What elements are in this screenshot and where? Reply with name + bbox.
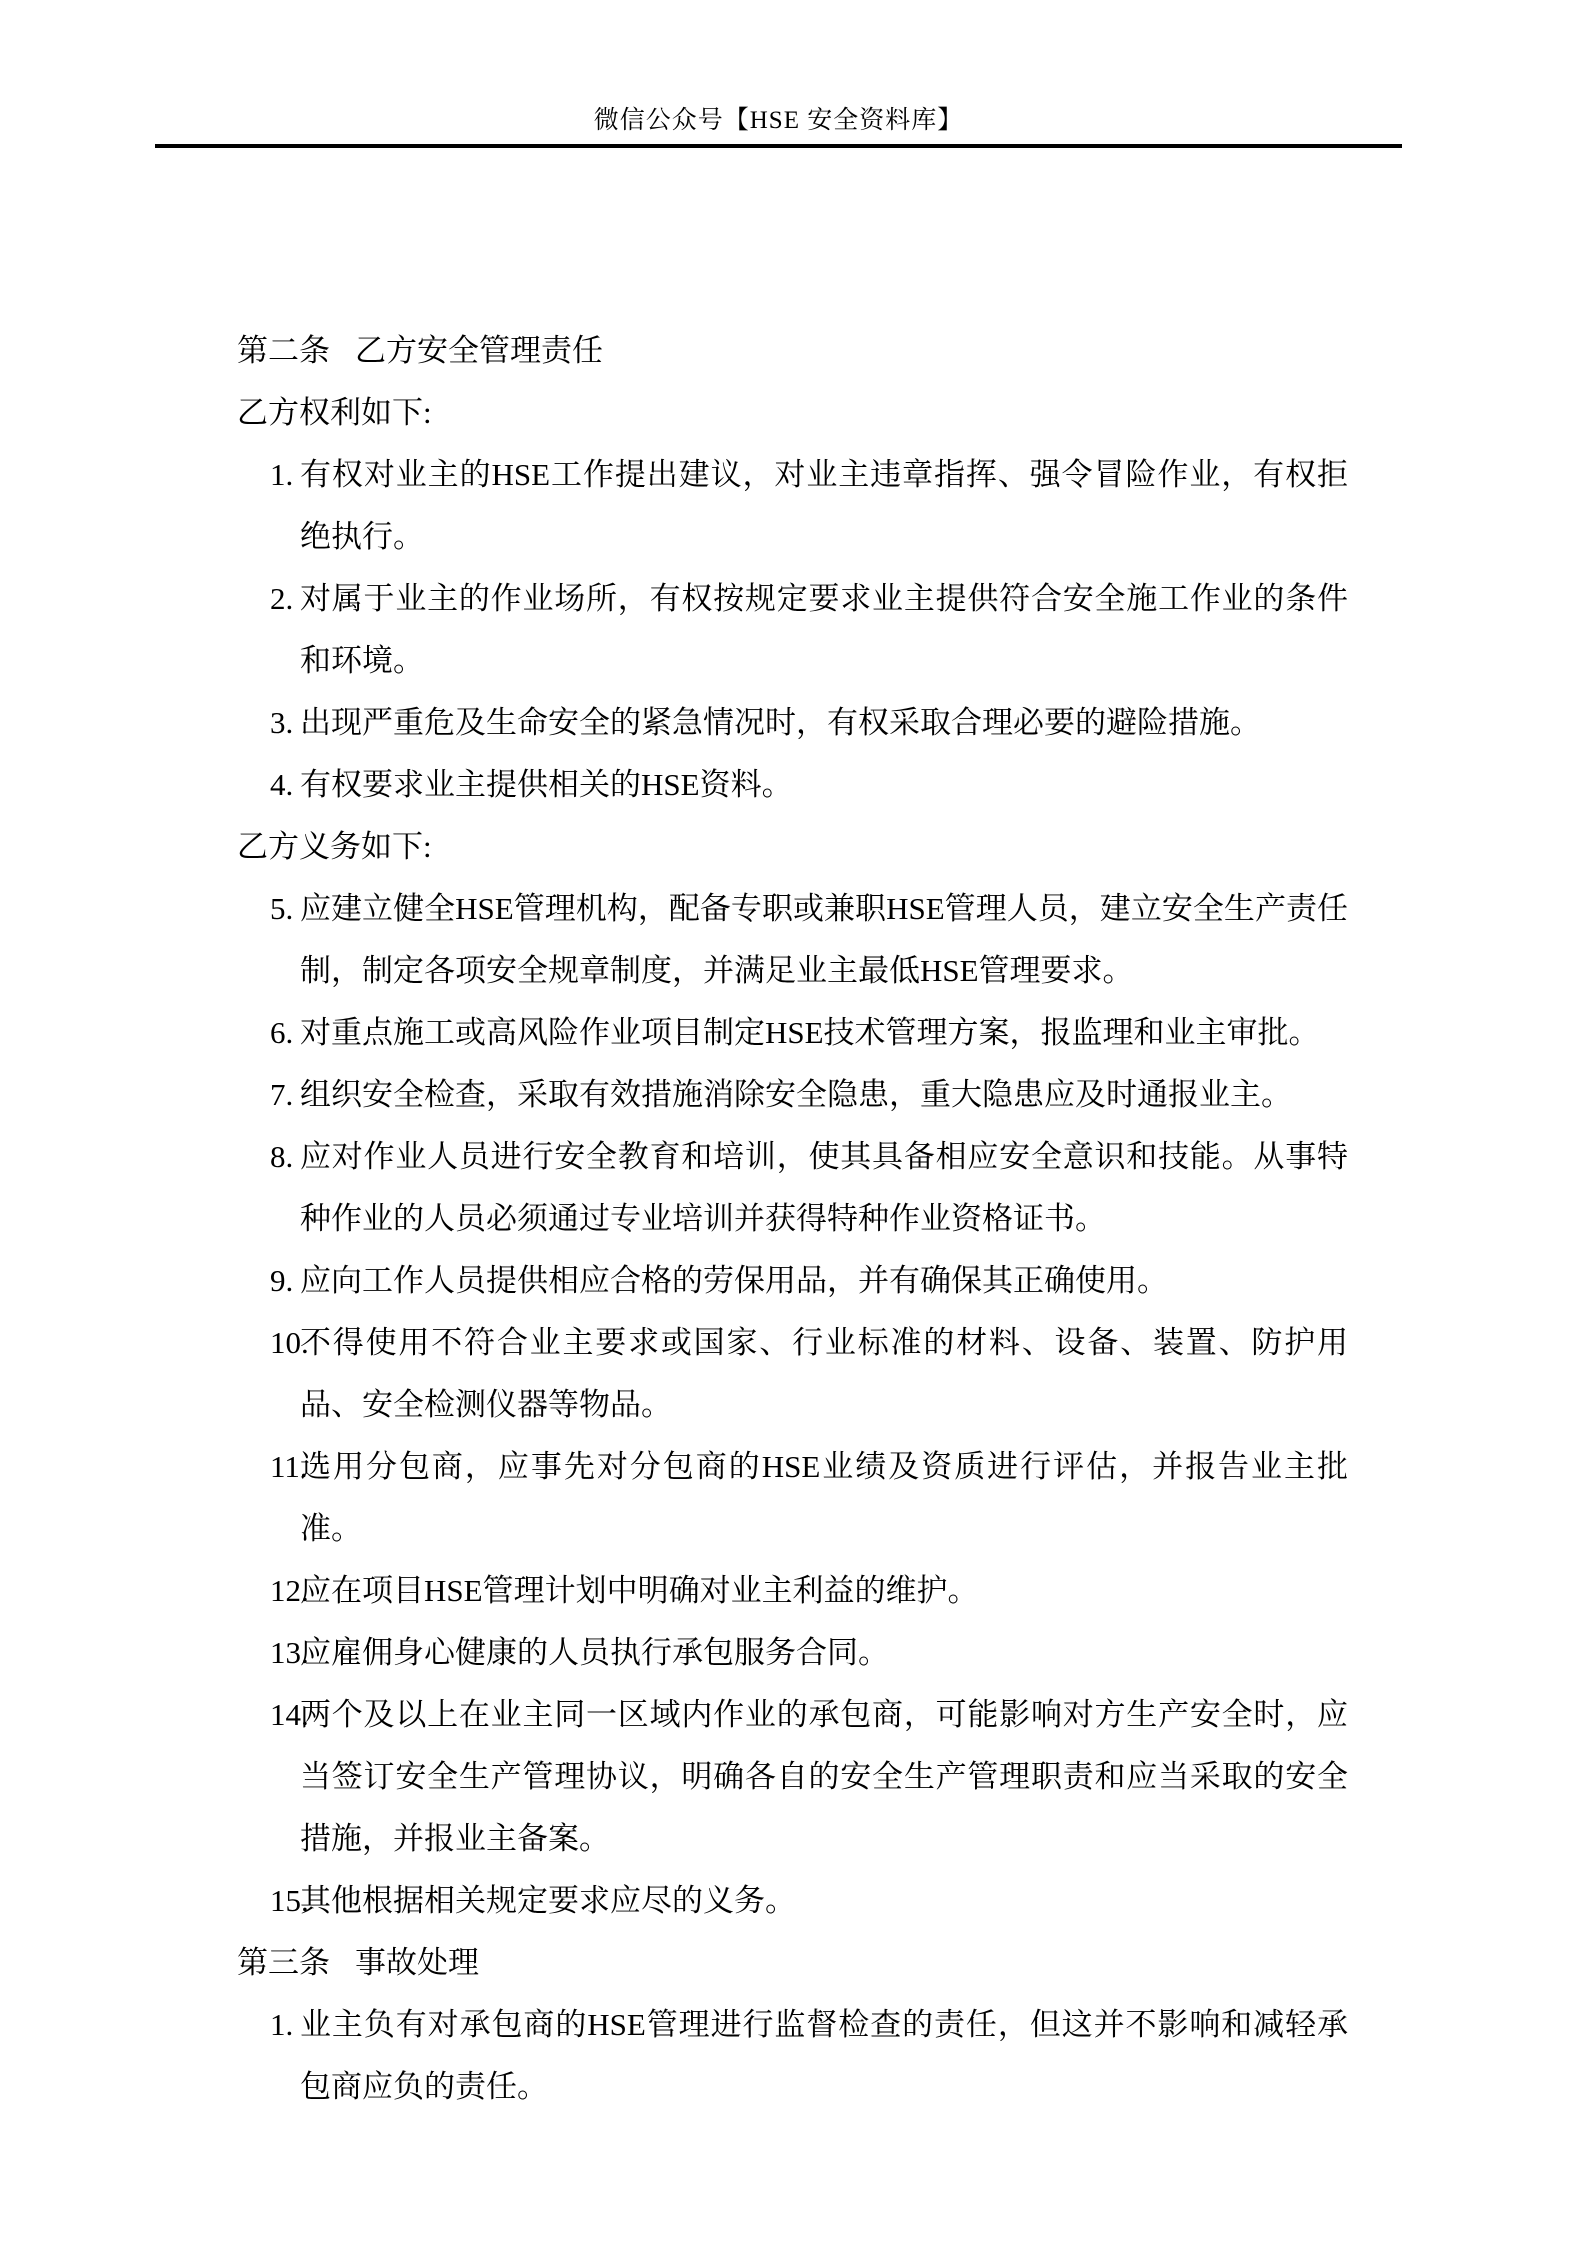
list-item: 2. 对属于业主的作业场所，有权按规定要求业主提供符合安全施工作业的条件和环境。	[237, 568, 1348, 692]
item-number: 8.	[270, 1126, 293, 1188]
section-3-title: 事故处理	[355, 1945, 479, 1980]
item-number: 2.	[270, 568, 293, 630]
item-text: 不得使用不符合业主要求或国家、行业标准的材料、设备、装置、防护用品、安全检测仪器…	[300, 1325, 1348, 1422]
list-item: 12. 应在项目HSE管理计划中明确对业主利益的维护。	[237, 1560, 1348, 1622]
item-number: 15.	[270, 1870, 309, 1932]
document-page: 微信公众号【HSE 安全资料库】 第二条乙方安全管理责任 乙方权利如下: 1. …	[0, 0, 1587, 2245]
rights-list: 1. 有权对业主的HSE工作提出建议，对业主违章指挥、强令冒险作业，有权拒绝执行…	[237, 444, 1348, 816]
list-item: 11. 选用分包商，应事先对分包商的HSE业绩及资质进行评估，并报告业主批准。	[237, 1436, 1348, 1560]
item-number: 1.	[270, 444, 293, 506]
header-title: 微信公众号【HSE 安全资料库】	[155, 0, 1402, 138]
item-number: 3.	[270, 692, 293, 754]
item-number: 6.	[270, 1002, 293, 1064]
list-item: 1. 有权对业主的HSE工作提出建议，对业主违章指挥、强令冒险作业，有权拒绝执行…	[237, 444, 1348, 568]
page-header: 微信公众号【HSE 安全资料库】	[155, 0, 1402, 148]
item-text: 业主负有对承包商的HSE管理进行监督检查的责任，但这并不影响和减轻承包商应负的责…	[300, 2007, 1348, 2104]
item-text: 应建立健全HSE管理机构，配备专职或兼职HSE管理人员，建立安全生产责任制，制定…	[300, 891, 1348, 988]
item-text: 有权要求业主提供相关的HSE资料。	[300, 767, 793, 802]
section-heading-3: 第三条事故处理	[237, 1932, 1348, 1994]
list-item: 10. 不得使用不符合业主要求或国家、行业标准的材料、设备、装置、防护用品、安全…	[237, 1312, 1348, 1436]
duties-list: 5. 应建立健全HSE管理机构，配备专职或兼职HSE管理人员，建立安全生产责任制…	[237, 878, 1348, 1932]
item-number: 14.	[270, 1684, 309, 1746]
item-text: 对属于业主的作业场所，有权按规定要求业主提供符合安全施工作业的条件和环境。	[300, 581, 1348, 678]
list-item: 9. 应向工作人员提供相应合格的劳保用品，并有确保其正确使用。	[237, 1250, 1348, 1312]
list-item: 13. 应雇佣身心健康的人员执行承包服务合同。	[237, 1622, 1348, 1684]
section-heading-2: 第二条乙方安全管理责任	[237, 320, 1348, 382]
list-item: 7. 组织安全检查，采取有效措施消除安全隐患，重大隐患应及时通报业主。	[237, 1064, 1348, 1126]
item-text: 对重点施工或高风险作业项目制定HSE技术管理方案，报监理和业主审批。	[300, 1015, 1320, 1050]
list-item: 8. 应对作业人员进行安全教育和培训，使其具备相应安全意识和技能。从事特种作业的…	[237, 1126, 1348, 1250]
item-text: 应对作业人员进行安全教育和培训，使其具备相应安全意识和技能。从事特种作业的人员必…	[300, 1139, 1348, 1236]
list-item: 5. 应建立健全HSE管理机构，配备专职或兼职HSE管理人员，建立安全生产责任制…	[237, 878, 1348, 1002]
item-text: 选用分包商，应事先对分包商的HSE业绩及资质进行评估，并报告业主批准。	[300, 1449, 1348, 1546]
item-number: 10.	[270, 1312, 309, 1374]
item-text: 出现严重危及生命安全的紧急情况时，有权采取合理必要的避险措施。	[300, 705, 1261, 740]
item-text: 组织安全检查，采取有效措施消除安全隐患，重大隐患应及时通报业主。	[300, 1077, 1292, 1112]
section-3-number: 第三条	[237, 1945, 330, 1980]
list-item: 1. 业主负有对承包商的HSE管理进行监督检查的责任，但这并不影响和减轻承包商应…	[237, 1994, 1348, 2118]
list-item: 15. 其他根据相关规定要求应尽的义务。	[237, 1870, 1348, 1932]
section-2-number: 第二条	[237, 333, 330, 368]
document-body: 第二条乙方安全管理责任 乙方权利如下: 1. 有权对业主的HSE工作提出建议，对…	[237, 320, 1348, 2118]
accident-list: 1. 业主负有对承包商的HSE管理进行监督检查的责任，但这并不影响和减轻承包商应…	[237, 1994, 1348, 2118]
item-text: 其他根据相关规定要求应尽的义务。	[300, 1883, 796, 1918]
item-text: 有权对业主的HSE工作提出建议，对业主违章指挥、强令冒险作业，有权拒绝执行。	[300, 457, 1348, 554]
item-number: 1.	[270, 1994, 293, 2056]
header-divider	[155, 144, 1402, 148]
duties-intro: 乙方义务如下:	[237, 816, 1348, 878]
item-text: 两个及以上在业主同一区域内作业的承包商，可能影响对方生产安全时，应当签订安全生产…	[300, 1697, 1348, 1856]
item-number: 5.	[270, 878, 293, 940]
item-text: 应在项目HSE管理计划中明确对业主利益的维护。	[300, 1573, 979, 1608]
list-item: 6. 对重点施工或高风险作业项目制定HSE技术管理方案，报监理和业主审批。	[237, 1002, 1348, 1064]
list-item: 4. 有权要求业主提供相关的HSE资料。	[237, 754, 1348, 816]
list-item: 3. 出现严重危及生命安全的紧急情况时，有权采取合理必要的避险措施。	[237, 692, 1348, 754]
item-text: 应向工作人员提供相应合格的劳保用品，并有确保其正确使用。	[300, 1263, 1168, 1298]
item-number: 4.	[270, 754, 293, 816]
list-item: 14. 两个及以上在业主同一区域内作业的承包商，可能影响对方生产安全时，应当签订…	[237, 1684, 1348, 1870]
item-number: 12.	[270, 1560, 309, 1622]
item-number: 11.	[270, 1436, 308, 1498]
item-text: 应雇佣身心健康的人员执行承包服务合同。	[300, 1635, 889, 1670]
item-number: 7.	[270, 1064, 293, 1126]
item-number: 9.	[270, 1250, 293, 1312]
section-2-title: 乙方安全管理责任	[355, 333, 603, 368]
rights-intro: 乙方权利如下:	[237, 382, 1348, 444]
item-number: 13.	[270, 1622, 309, 1684]
